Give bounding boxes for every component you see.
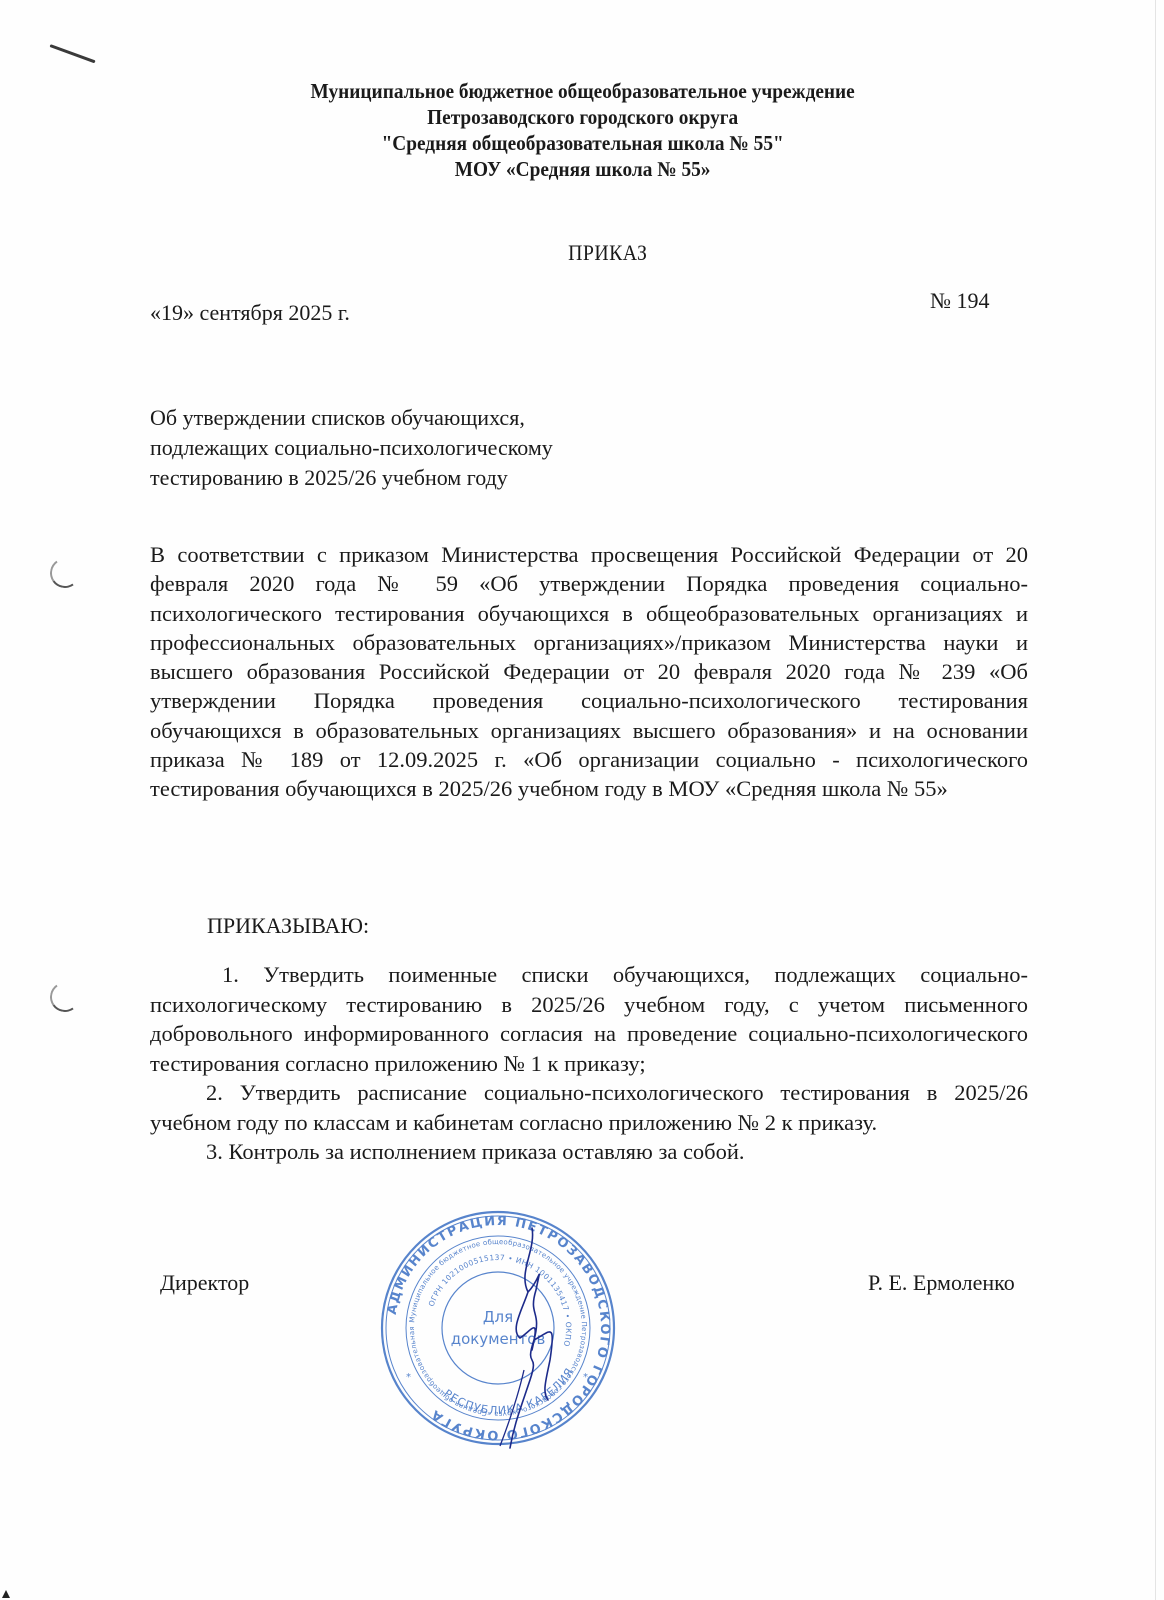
institution-header: Муниципальное бюджетное общеобразователь… <box>47 78 1118 182</box>
header-line: Муниципальное бюджетное общеобразователь… <box>47 78 1118 104</box>
document-title: ПРИКАЗ <box>62 240 1110 266</box>
signatory-role: Директор <box>160 1270 249 1296</box>
order-item: 1. Утвердить поименные списки обучающихс… <box>150 960 1028 1078</box>
header-line: Петрозаводского городского округа <box>47 104 1118 130</box>
subject-line: тестированию в 2025/26 учебном году <box>150 463 553 493</box>
order-directive-heading: ПРИКАЗЫВАЮ: <box>207 913 369 939</box>
order-item: 2. Утвердить расписание социально-психол… <box>150 1078 1028 1137</box>
preamble-paragraph: В соответствии с приказом Министерства п… <box>150 540 1028 804</box>
page-edge <box>1155 0 1156 1600</box>
header-line: "Средняя общеобразовательная школа № 55" <box>47 130 1118 156</box>
order-date: «19» сентября 2025 г. <box>150 300 350 326</box>
punch-hole-mark <box>48 556 83 591</box>
corner-mark <box>2 1590 10 1598</box>
handwritten-signature-icon <box>470 1220 590 1450</box>
subject-line: Об утверждении списков обучающихся, <box>150 403 553 433</box>
header-line: МОУ «Средняя школа № 55» <box>47 156 1118 182</box>
scan-mark <box>49 44 95 63</box>
document-page: Муниципальное бюджетное общеобразователь… <box>0 0 1164 1600</box>
punch-hole-mark <box>48 980 83 1015</box>
svg-text:*: * <box>406 1372 411 1383</box>
order-items-list: 1. Утвердить поименные списки обучающихс… <box>150 960 1028 1167</box>
order-number: № 194 <box>930 288 990 314</box>
order-subject: Об утверждении списков обучающихся, подл… <box>150 403 553 493</box>
signatory-name: Р. Е. Ермоленко <box>868 1270 1015 1296</box>
order-item: 3. Контроль за исполнением приказа остав… <box>150 1137 1028 1167</box>
subject-line: подлежащих социально-психологическому <box>150 433 553 463</box>
preamble-text: В соответствии с приказом Министерства п… <box>150 540 1028 804</box>
